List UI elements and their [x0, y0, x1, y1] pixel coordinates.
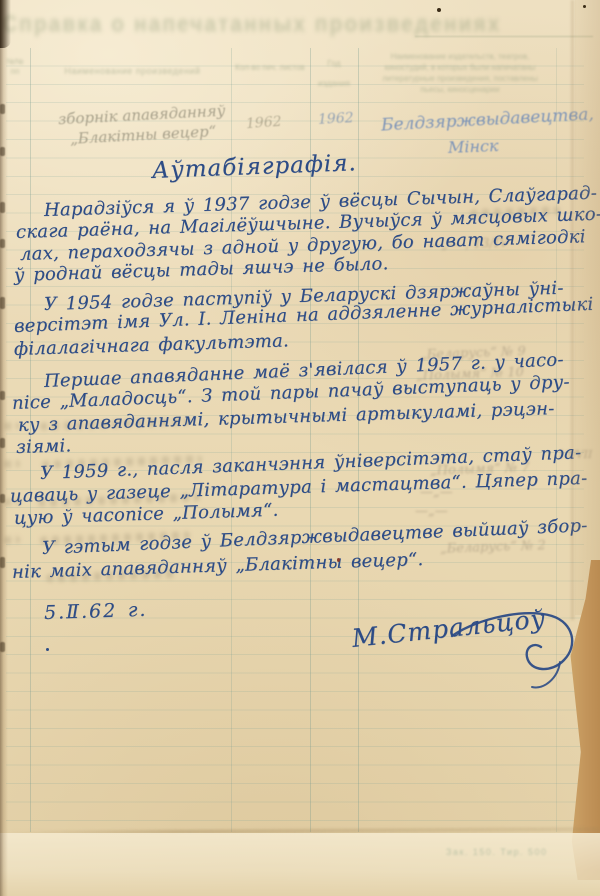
paper-speck [46, 648, 49, 651]
page-edge-shading [575, 0, 600, 615]
column-header-publisher: пьесы, киносценарии [362, 85, 558, 94]
table-column-line [556, 48, 557, 832]
paper-speck [337, 558, 340, 562]
bottom-page-band [0, 833, 600, 896]
column-header-volume: Кол-во печ. листов [233, 63, 307, 73]
column-header-year2: издания [311, 78, 357, 88]
edge-mark [0, 494, 5, 503]
edge-mark [0, 642, 5, 652]
top-left-corner-mark [0, 0, 11, 48]
column-header-publisher: киностудий, в которых были напечатаны [362, 63, 558, 72]
column-header-year: Год [311, 58, 357, 68]
paper-speck [437, 8, 441, 12]
column-header-publisher: литературные произведения, поставлены [362, 74, 558, 83]
row1-volume: 1962 [245, 114, 282, 132]
edge-mark [0, 391, 5, 400]
form-header-underline [415, 36, 593, 37]
table-column-line [358, 48, 359, 832]
edge-mark [0, 104, 5, 114]
paper-speck [583, 5, 586, 8]
left-page-edge [0, 0, 8, 896]
column-header-title: Наименование произведений [40, 66, 225, 76]
column-header-publisher: Наименование издательств, театров, [362, 52, 558, 61]
edge-mark [0, 297, 5, 309]
scanned-autobiography-page: Справка о напечатанных произведениях №№ … [0, 0, 600, 896]
page-crease [571, 0, 574, 620]
manuscript-line: зіямі. [16, 435, 72, 458]
edge-mark [0, 438, 5, 448]
edge-mark [0, 557, 5, 568]
manuscript-date: 5.Ⅱ.62 г. [44, 599, 148, 624]
edge-mark [0, 239, 5, 248]
edge-mark [0, 147, 5, 156]
row1-publisher-city: Мінск [448, 136, 499, 157]
form-header-faded: Справка о напечатанных произведениях [2, 12, 442, 38]
row1-year: 1962 [318, 110, 354, 128]
print-imprint: Зак. 150. Тир. 500 [446, 847, 548, 857]
edge-mark [0, 202, 5, 213]
bleedthrough-entry: —„— [415, 504, 448, 519]
